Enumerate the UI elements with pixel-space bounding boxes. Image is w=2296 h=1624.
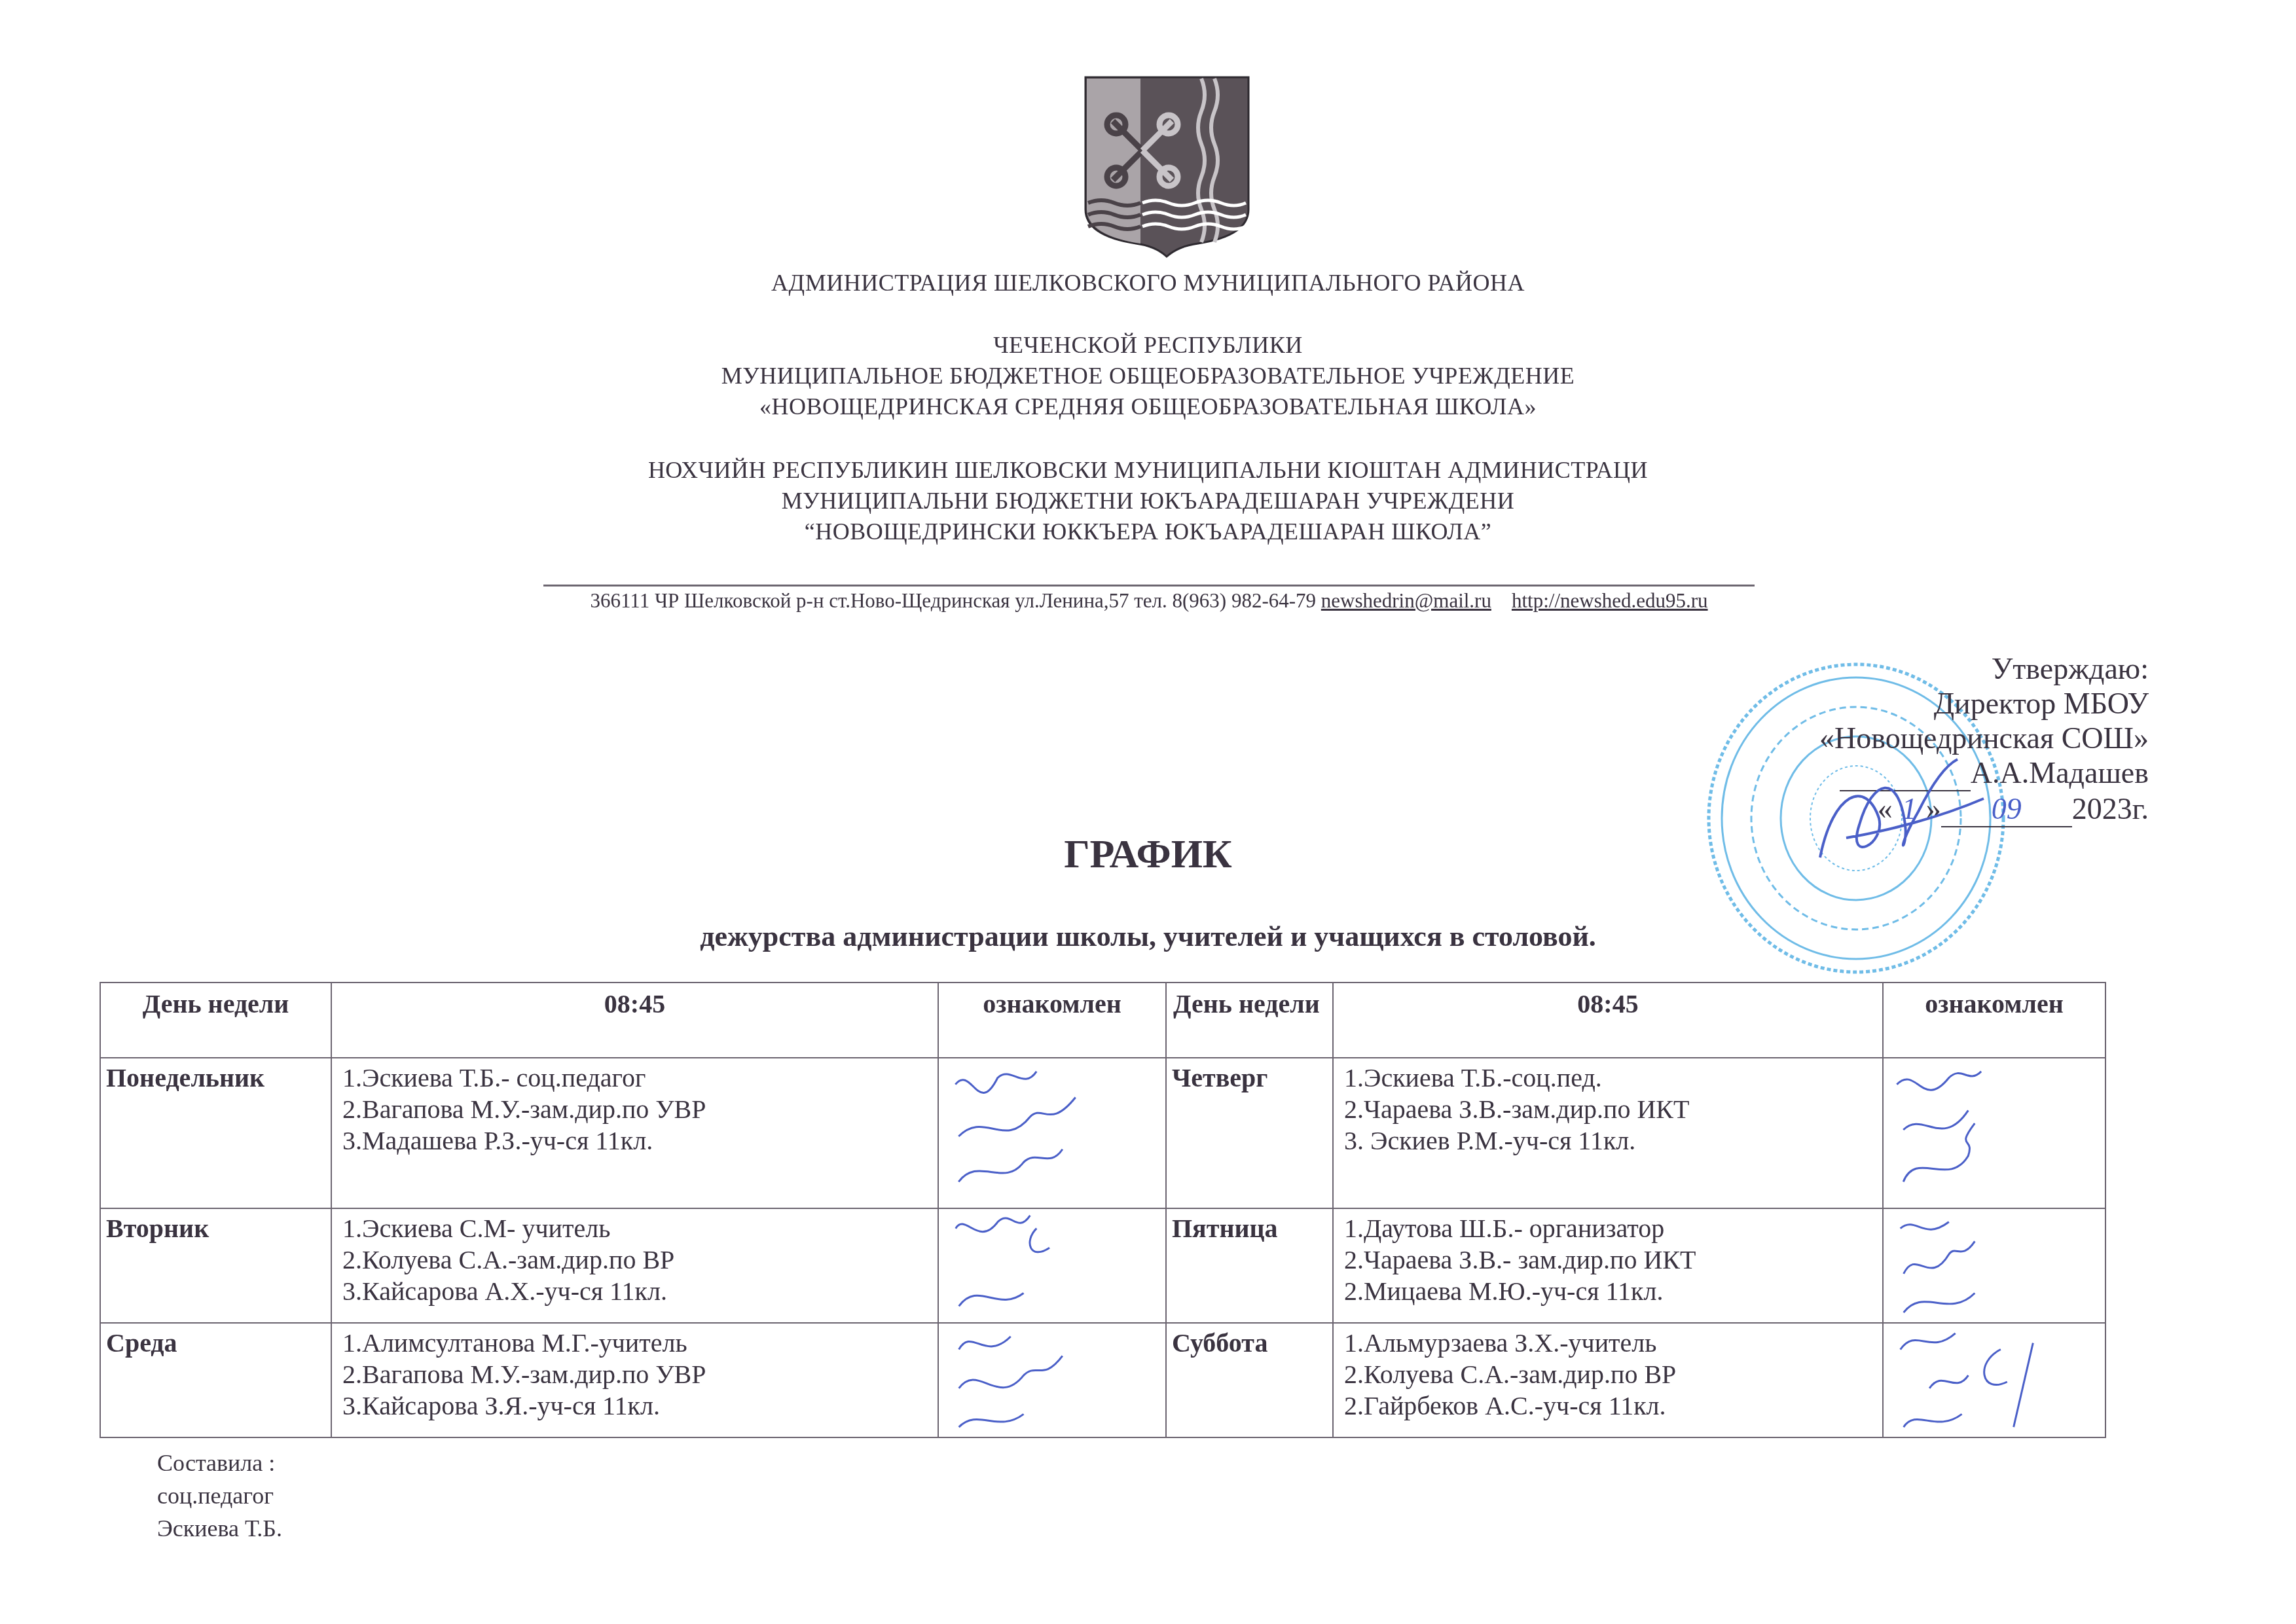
signature-cell (938, 1058, 1166, 1208)
email-link[interactable]: newshedrin@mail.ru (1321, 589, 1491, 612)
address-text: 366111 ЧР Шелковской р-н ст.Ново-Щедринс… (590, 589, 1321, 612)
table-row: Среда 1.Алимсултанова М.Г.-учитель 2.Ваг… (100, 1323, 2105, 1437)
signature-mark (1884, 1058, 2105, 1208)
approval-school: «Новощедринская СОШ» (1819, 721, 2149, 755)
duty-list: 1.Эскиева Т.Б.- соц.педагог 2.Вагапова М… (331, 1058, 938, 1208)
signature-cell (938, 1208, 1166, 1323)
header-administration: АДМИНИСТРАЦИЯ ШЕЛКОВСКОГО МУНИЦИПАЛЬНОГО… (0, 268, 2296, 297)
header-acknowledged-left: ознакомлен (938, 983, 1166, 1058)
duty-list: 1.Даутова Ш.Б.- организатор 2.Чараева З.… (1333, 1208, 1883, 1323)
website-link[interactable]: http://newshed.edu95.ru (1512, 589, 1708, 612)
table-row: Понедельник 1.Эскиева Т.Б.- соц.педагог … (100, 1058, 2105, 1208)
header-chechen-line2: МУНИЦИПАЛЬНИ БЮДЖЕТНИ ЮКЪАРАДЕШАРАН УЧРЕ… (0, 486, 2296, 515)
day-cell: Вторник (100, 1208, 331, 1323)
document-title: ГРАФИК (0, 831, 2296, 878)
day-cell: Суббота (1166, 1323, 1333, 1437)
header-day-left: День недели (100, 983, 331, 1058)
signature-mark (1884, 1324, 2105, 1437)
signature-cell (1883, 1323, 2105, 1437)
header-time-right: 08:45 (1333, 983, 1883, 1058)
day-cell: Пятница (1166, 1208, 1333, 1323)
signature-cell (1883, 1058, 2105, 1208)
signature-mark (939, 1058, 1165, 1208)
table-row: Вторник 1.Эскиева С.М- учитель 2.Колуева… (100, 1208, 2105, 1323)
header-chechen-line3: “НОВОЩЕДРИНСКИ ЮККЪЕРА ЮКЪАРАДЕШАРАН ШКО… (0, 517, 2296, 546)
coat-of-arms-emblem (1080, 72, 1254, 259)
signature-mark (1884, 1209, 2105, 1322)
duty-list: 1.Альмурзаева З.Х.-учитель 2.Колуева С.А… (1333, 1323, 1883, 1437)
header-day-right: День недели (1166, 983, 1333, 1058)
document-subtitle: дежурства администрации школы, учителей … (0, 920, 2296, 953)
approval-position: Директор МБОУ (1819, 686, 2149, 721)
signature-cell (1883, 1208, 2105, 1323)
compiled-by-label: Составила : (157, 1447, 282, 1479)
date-year: 2023г. (2072, 792, 2149, 825)
approval-heading: Утверждаю: (1819, 651, 2149, 686)
header-chechen-line1: НОХЧИЙН РЕСПУБЛИКИН ШЕЛКОВСКИ МУНИЦИПАЛЬ… (0, 456, 2296, 484)
signature-cell (938, 1323, 1166, 1437)
duty-list: 1.Эскиева Т.Б.-соц.пед. 2.Чараева З.В.-з… (1333, 1058, 1883, 1208)
duty-schedule-table: День недели 08:45 ознакомлен День недели… (100, 982, 2106, 1438)
day-cell: Среда (100, 1323, 331, 1437)
signature-mark (939, 1324, 1165, 1437)
director-name: А.А.Мадашев (1971, 756, 2149, 789)
compiled-by-block: Составила : соц.педагог Эскиева Т.Б. (157, 1447, 282, 1545)
duty-list: 1.Эскиева С.М- учитель 2.Колуева С.А.-за… (331, 1208, 938, 1323)
header-acknowledged-right: ознакомлен (1883, 983, 2105, 1058)
header-divider (543, 585, 1755, 586)
header-time-left: 08:45 (331, 983, 938, 1058)
signature-mark (939, 1209, 1165, 1322)
compiled-by-name: Эскиева Т.Б. (157, 1512, 282, 1545)
duty-list: 1.Алимсултанова М.Г.-учитель 2.Вагапова … (331, 1323, 938, 1437)
compiled-by-position: соц.педагог (157, 1479, 282, 1512)
header-school-name: «НОВОЩЕДРИНСКАЯ СРЕДНЯЯ ОБЩЕОБРАЗОВАТЕЛЬ… (0, 392, 2296, 421)
address-line: 366111 ЧР Шелковской р-н ст.Ново-Щедринс… (543, 589, 1755, 613)
day-cell: Четверг (1166, 1058, 1333, 1208)
header-institution-type: МУНИЦИПАЛЬНОЕ БЮДЖЕТНОЕ ОБЩЕОБРАЗОВАТЕЛЬ… (0, 361, 2296, 390)
day-cell: Понедельник (100, 1058, 331, 1208)
table-header-row: День недели 08:45 ознакомлен День недели… (100, 983, 2105, 1058)
header-republic: ЧЕЧЕНСКОЙ РЕСПУБЛИКИ (0, 331, 2296, 359)
